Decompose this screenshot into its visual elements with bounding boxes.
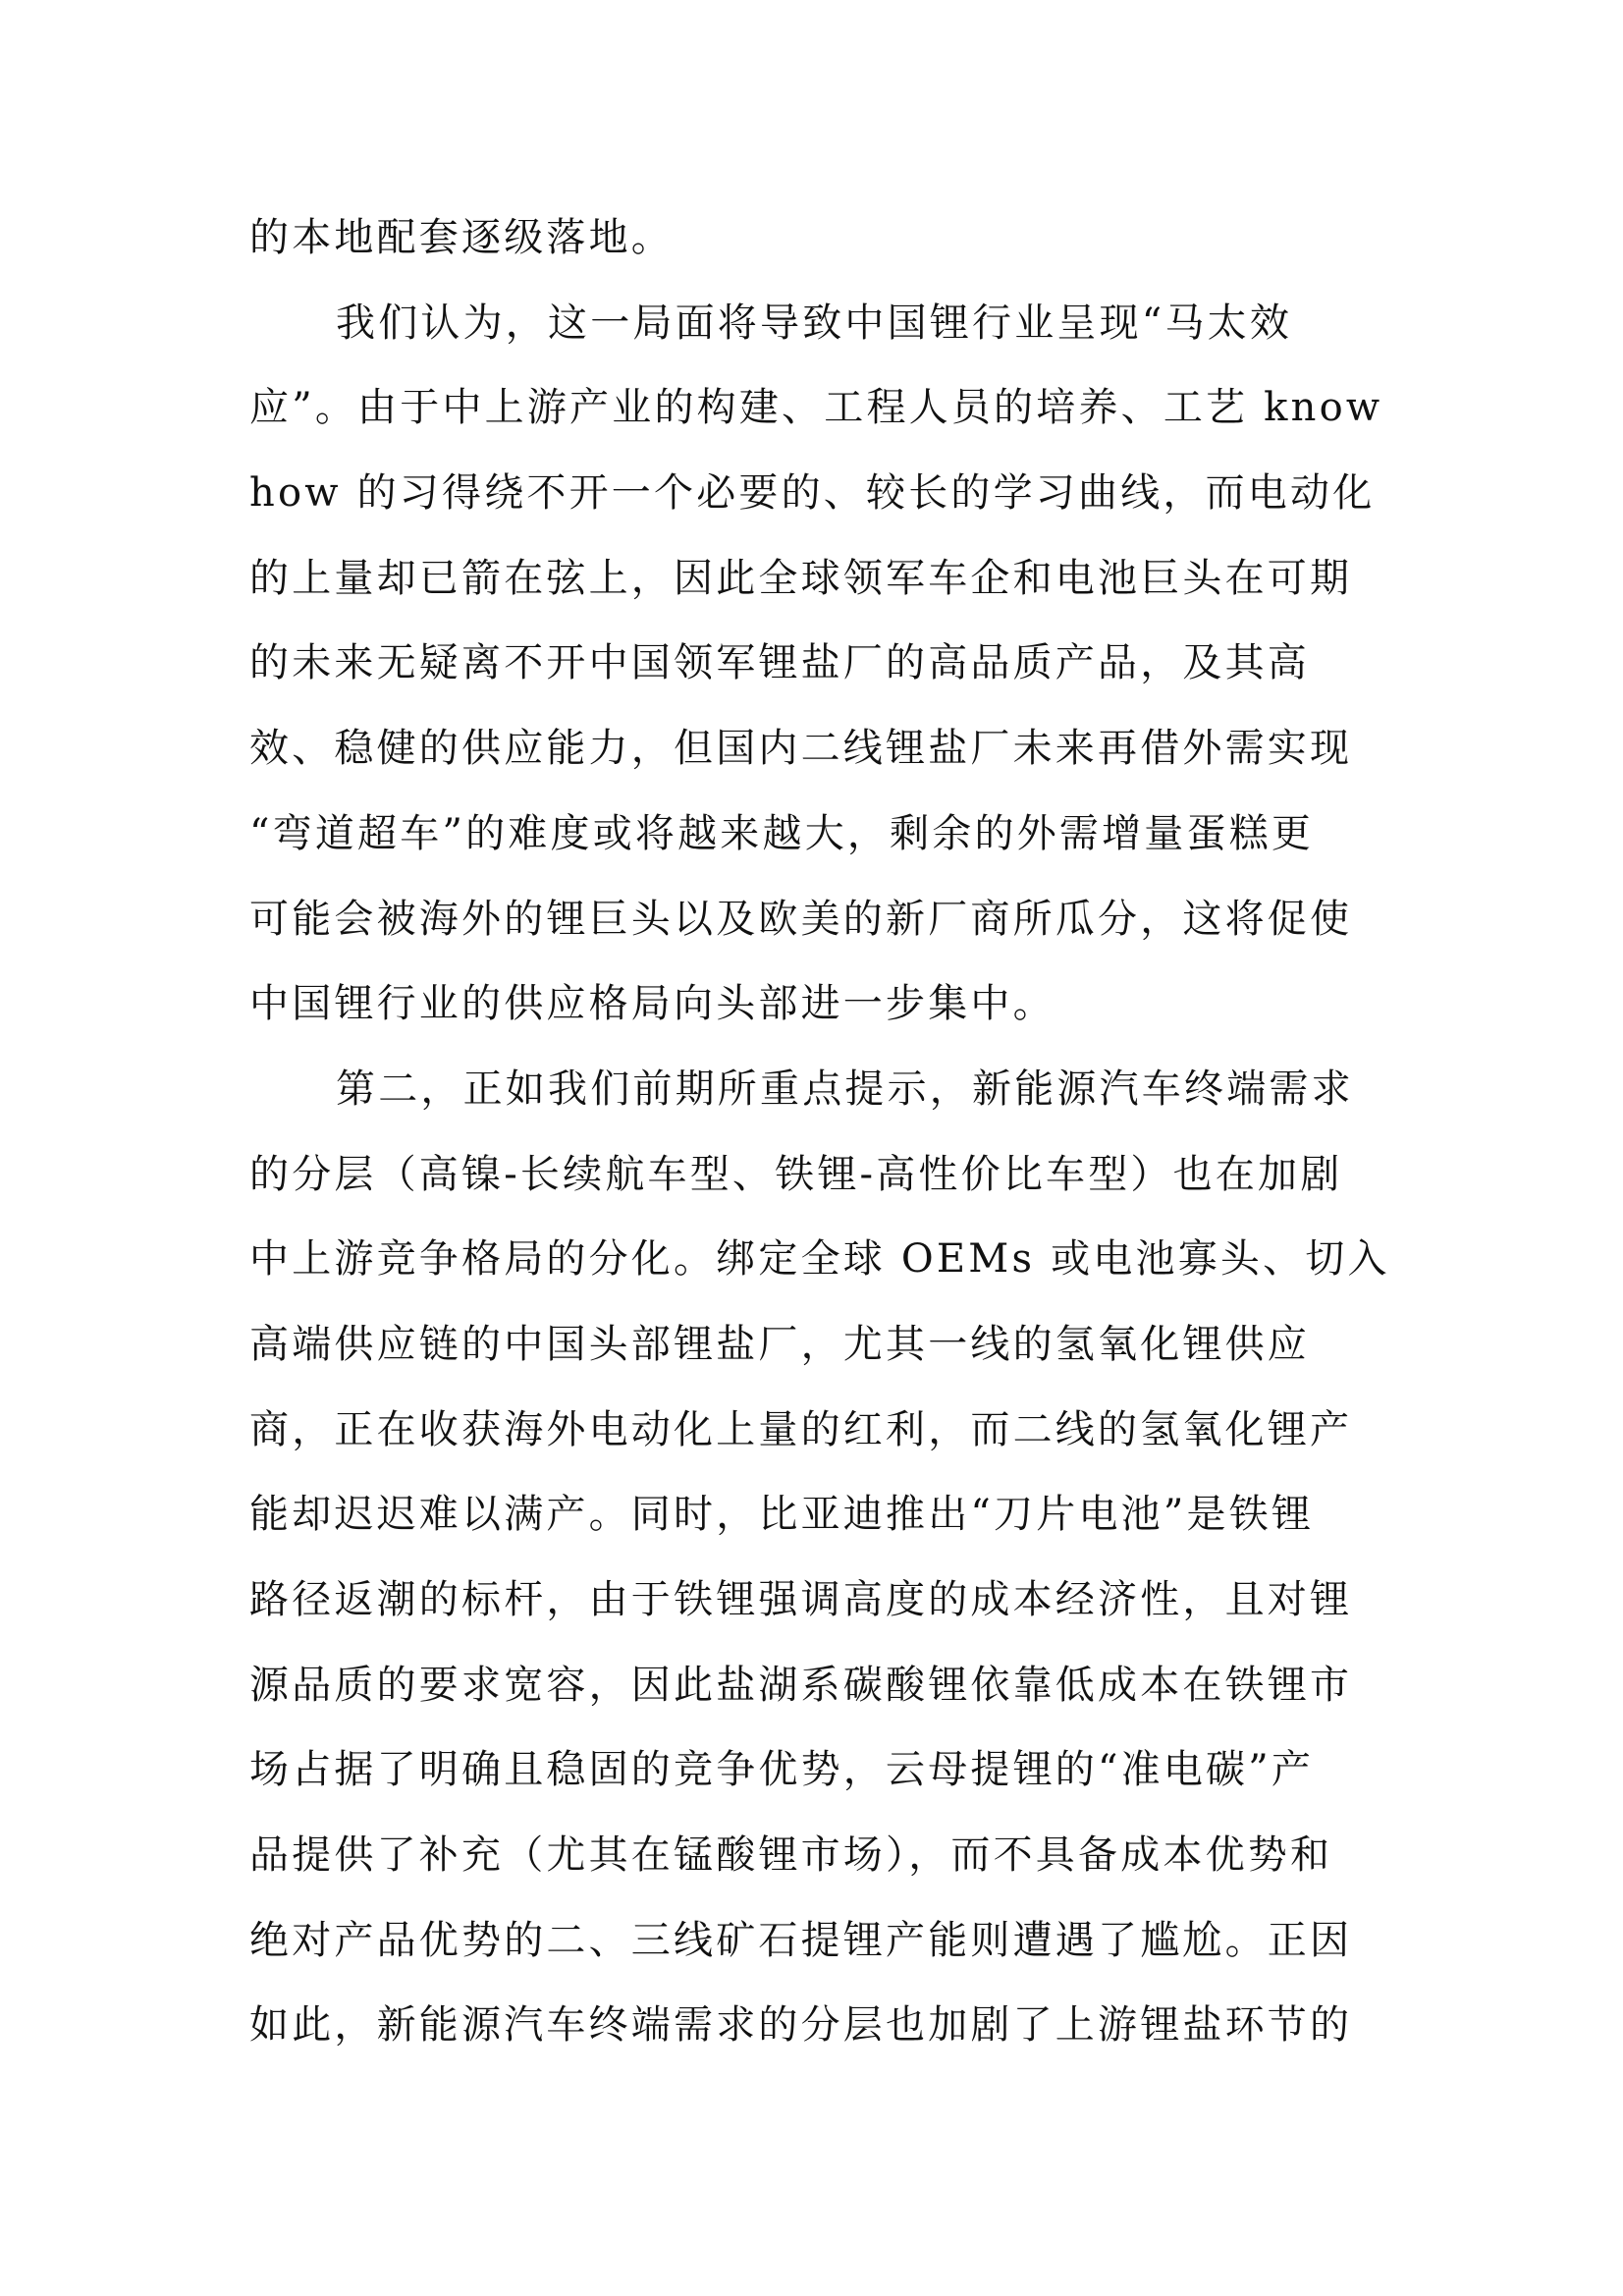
paragraph-line: 绝对产品优势的二、三线矿石提锂产能则遭遇了尴尬。正因 (249, 1898, 1379, 1984)
paragraph-line: 商，正在收获海外电动化上量的红利，而二线的氢氧化锂产 (249, 1388, 1379, 1473)
paragraph-line: 品提供了补充（尤其在锰酸锂市场），而不具备成本优势和 (249, 1813, 1379, 1898)
paragraph-line: 的上量却已箭在弦上，因此全球领军车企和电池巨头在可期 (249, 536, 1379, 622)
document-page: 的本地配套逐级落地。 我们认为，这一局面将导致中国锂行业呈现“马太效 应”。由于… (0, 0, 1623, 2296)
paragraph-line: 如此，新能源汽车终端需求的分层也加剧了上游锂盐环节的 (249, 1983, 1379, 2068)
paragraph-first-line: 我们认为，这一局面将导致中国锂行业呈现“马太效 (249, 281, 1379, 366)
paragraph-line: 的未来无疑离不开中国领军锂盐厂的高品质产品，及其高 (249, 621, 1379, 706)
paragraph-line: 的分层（高镍-长续航车型、铁锂-高性价比车型）也在加剧 (249, 1132, 1379, 1218)
paragraph-line: 效、稳健的供应能力，但国内二线锂盐厂未来再借外需实现 (249, 706, 1379, 792)
paragraph-line: 能却迟迟难以满产。同时，比亚迪推出“刀片电池”是铁锂 (249, 1472, 1379, 1558)
paragraph-line: 应”。由于中上游产业的构建、工程人员的培养、工艺 know (249, 365, 1379, 451)
paragraph-line: 的本地配套逐级落地。 (249, 195, 1379, 281)
paragraph-line: 中上游竞争格局的分化。绑定全球 OEMs 或电池寡头、切入 (249, 1217, 1379, 1302)
paragraph-line: 源品质的要求宽容，因此盐湖系碳酸锂依靠低成本在铁锂市 (249, 1643, 1379, 1728)
paragraph-line: how 的习得绕不开一个必要的、较长的学习曲线，而电动化 (249, 451, 1379, 536)
paragraph-first-line: 第二，正如我们前期所重点提示，新能源汽车终端需求 (249, 1047, 1379, 1132)
paragraph-line: 可能会被海外的锂巨头以及欧美的新厂商所瓜分，这将促使 (249, 877, 1379, 962)
body-text: 的本地配套逐级落地。 我们认为，这一局面将导致中国锂行业呈现“马太效 应”。由于… (249, 195, 1379, 2068)
paragraph-line: 路径返潮的标杆，由于铁锂强调高度的成本经济性，且对锂 (249, 1558, 1379, 1643)
paragraph-line: 高端供应链的中国头部锂盐厂，尤其一线的氢氧化锂供应 (249, 1302, 1379, 1388)
paragraph-line: 场占据了明确且稳固的竞争优势，云母提锂的“准电碳”产 (249, 1727, 1379, 1813)
paragraph-line: 中国锂行业的供应格局向头部进一步集中。 (249, 961, 1379, 1047)
paragraph-line: “弯道超车”的难度或将越来越大，剩余的外需增量蛋糕更 (249, 792, 1379, 877)
